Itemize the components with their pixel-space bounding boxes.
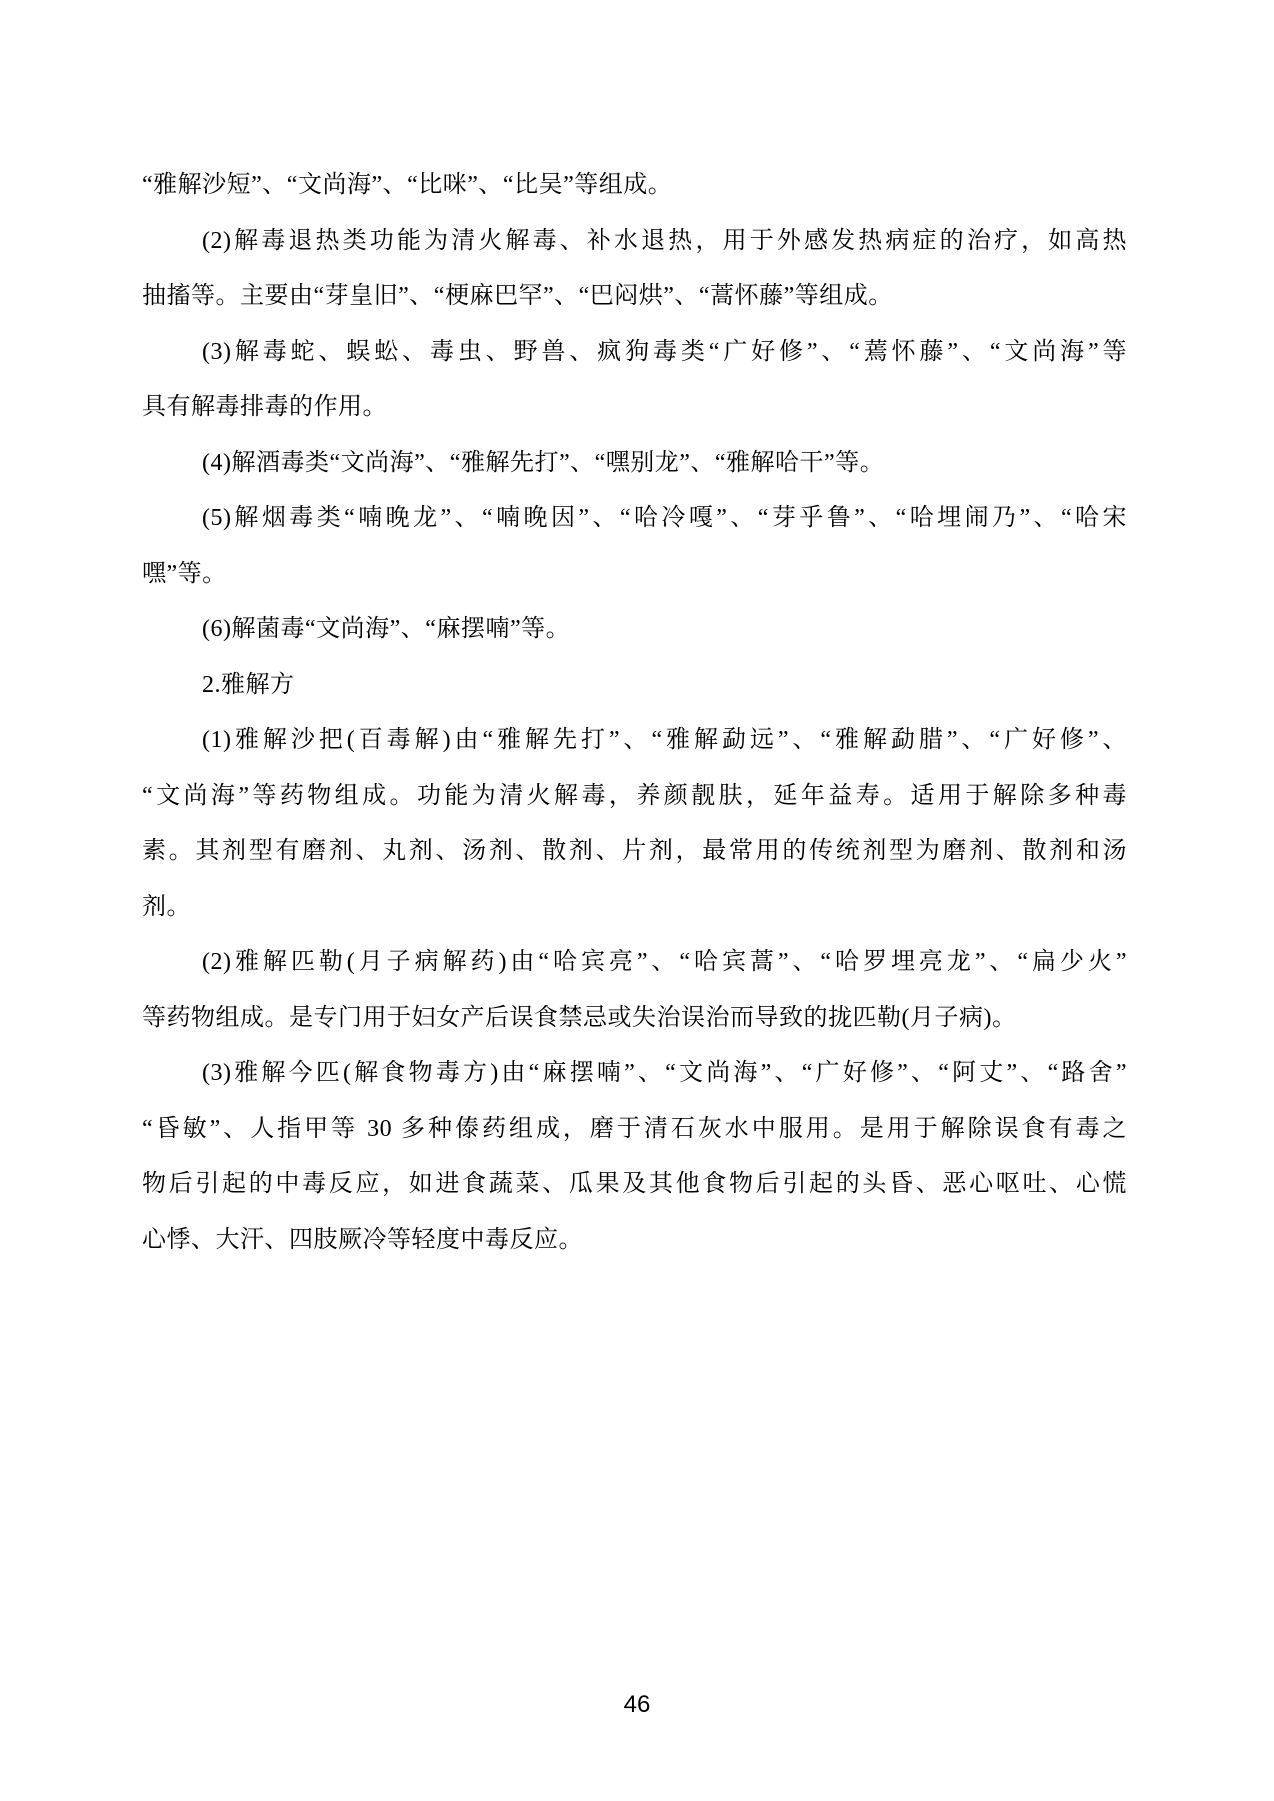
section-heading-line: 2.雅解方 [142, 658, 1127, 714]
text-line: “雅解沙短”、“文尚海”、“比咪”、“比吴”等组成。 [142, 158, 1127, 214]
text-line: “昏敏”、人指甲等 30 多种傣药组成，磨于清石灰水中服用。是用于解除误食有毒之 [142, 1102, 1127, 1158]
document-page: “雅解沙短”、“文尚海”、“比咪”、“比吴”等组成。 (2)解毒退热类功能为清火… [0, 0, 1274, 1801]
text-line: 抽搐等。主要由“芽皇旧”、“梗麻巴罕”、“巴闷烘”、“蒿怀藤”等组成。 [142, 269, 1127, 325]
text-line: 物后引起的中毒反应，如进食蔬菜、瓜果及其他食物后引起的头昏、恶心呕吐、心慌 [142, 1157, 1127, 1213]
text-line: (1)雅解沙把(百毒解)由“雅解先打”、“雅解勐远”、“雅解勐腊”、“广好修”、 [142, 713, 1127, 769]
text-line: (5)解烟毒类“喃晚龙”、“喃晚因”、“哈冷嘎”、“芽乎鲁”、“哈埋闹乃”、“哈… [142, 491, 1127, 547]
text-line: 素。其剂型有磨剂、丸剂、汤剂、散剂、片剂，最常用的传统剂型为磨剂、散剂和汤 [142, 824, 1127, 880]
text-line: (2)雅解匹勒(月子病解药)由“哈宾亮”、“哈宾蒿”、“哈罗埋亮龙”、“扁少火” [142, 935, 1127, 991]
text-line: (3)解毒蛇、蜈蚣、毒虫、野兽、疯狗毒类“广好修”、“蔫怀藤”、“文尚海”等 [142, 325, 1127, 381]
text-line: 剂。 [142, 880, 1127, 936]
page-number: 46 [0, 1691, 1274, 1719]
text-line: 等药物组成。是专门用于妇女产后误食禁忌或失治误治而导致的拢匹勒(月子病)。 [142, 991, 1127, 1047]
text-line: (4)解酒毒类“文尚海”、“雅解先打”、“嘿别龙”、“雅解哈干”等。 [142, 436, 1127, 492]
text-line: (6)解菌毒“文尚海”、“麻摆喃”等。 [142, 602, 1127, 658]
text-line: 心悸、大汗、四肢厥冷等轻度中毒反应。 [142, 1213, 1127, 1269]
text-line: (3)雅解今匹(解食物毒方)由“麻摆喃”、“文尚海”、“广好修”、“阿丈”、“路… [142, 1046, 1127, 1102]
text-line: 具有解毒排毒的作用。 [142, 380, 1127, 436]
body-text: “雅解沙短”、“文尚海”、“比咪”、“比吴”等组成。 (2)解毒退热类功能为清火… [142, 158, 1127, 1268]
text-line: “文尚海”等药物组成。功能为清火解毒，养颜靓肤，延年益寿。适用于解除多种毒 [142, 769, 1127, 825]
text-line: 嘿”等。 [142, 547, 1127, 603]
text-line: (2)解毒退热类功能为清火解毒、补水退热，用于外感发热病症的治疗，如高热 [142, 214, 1127, 270]
